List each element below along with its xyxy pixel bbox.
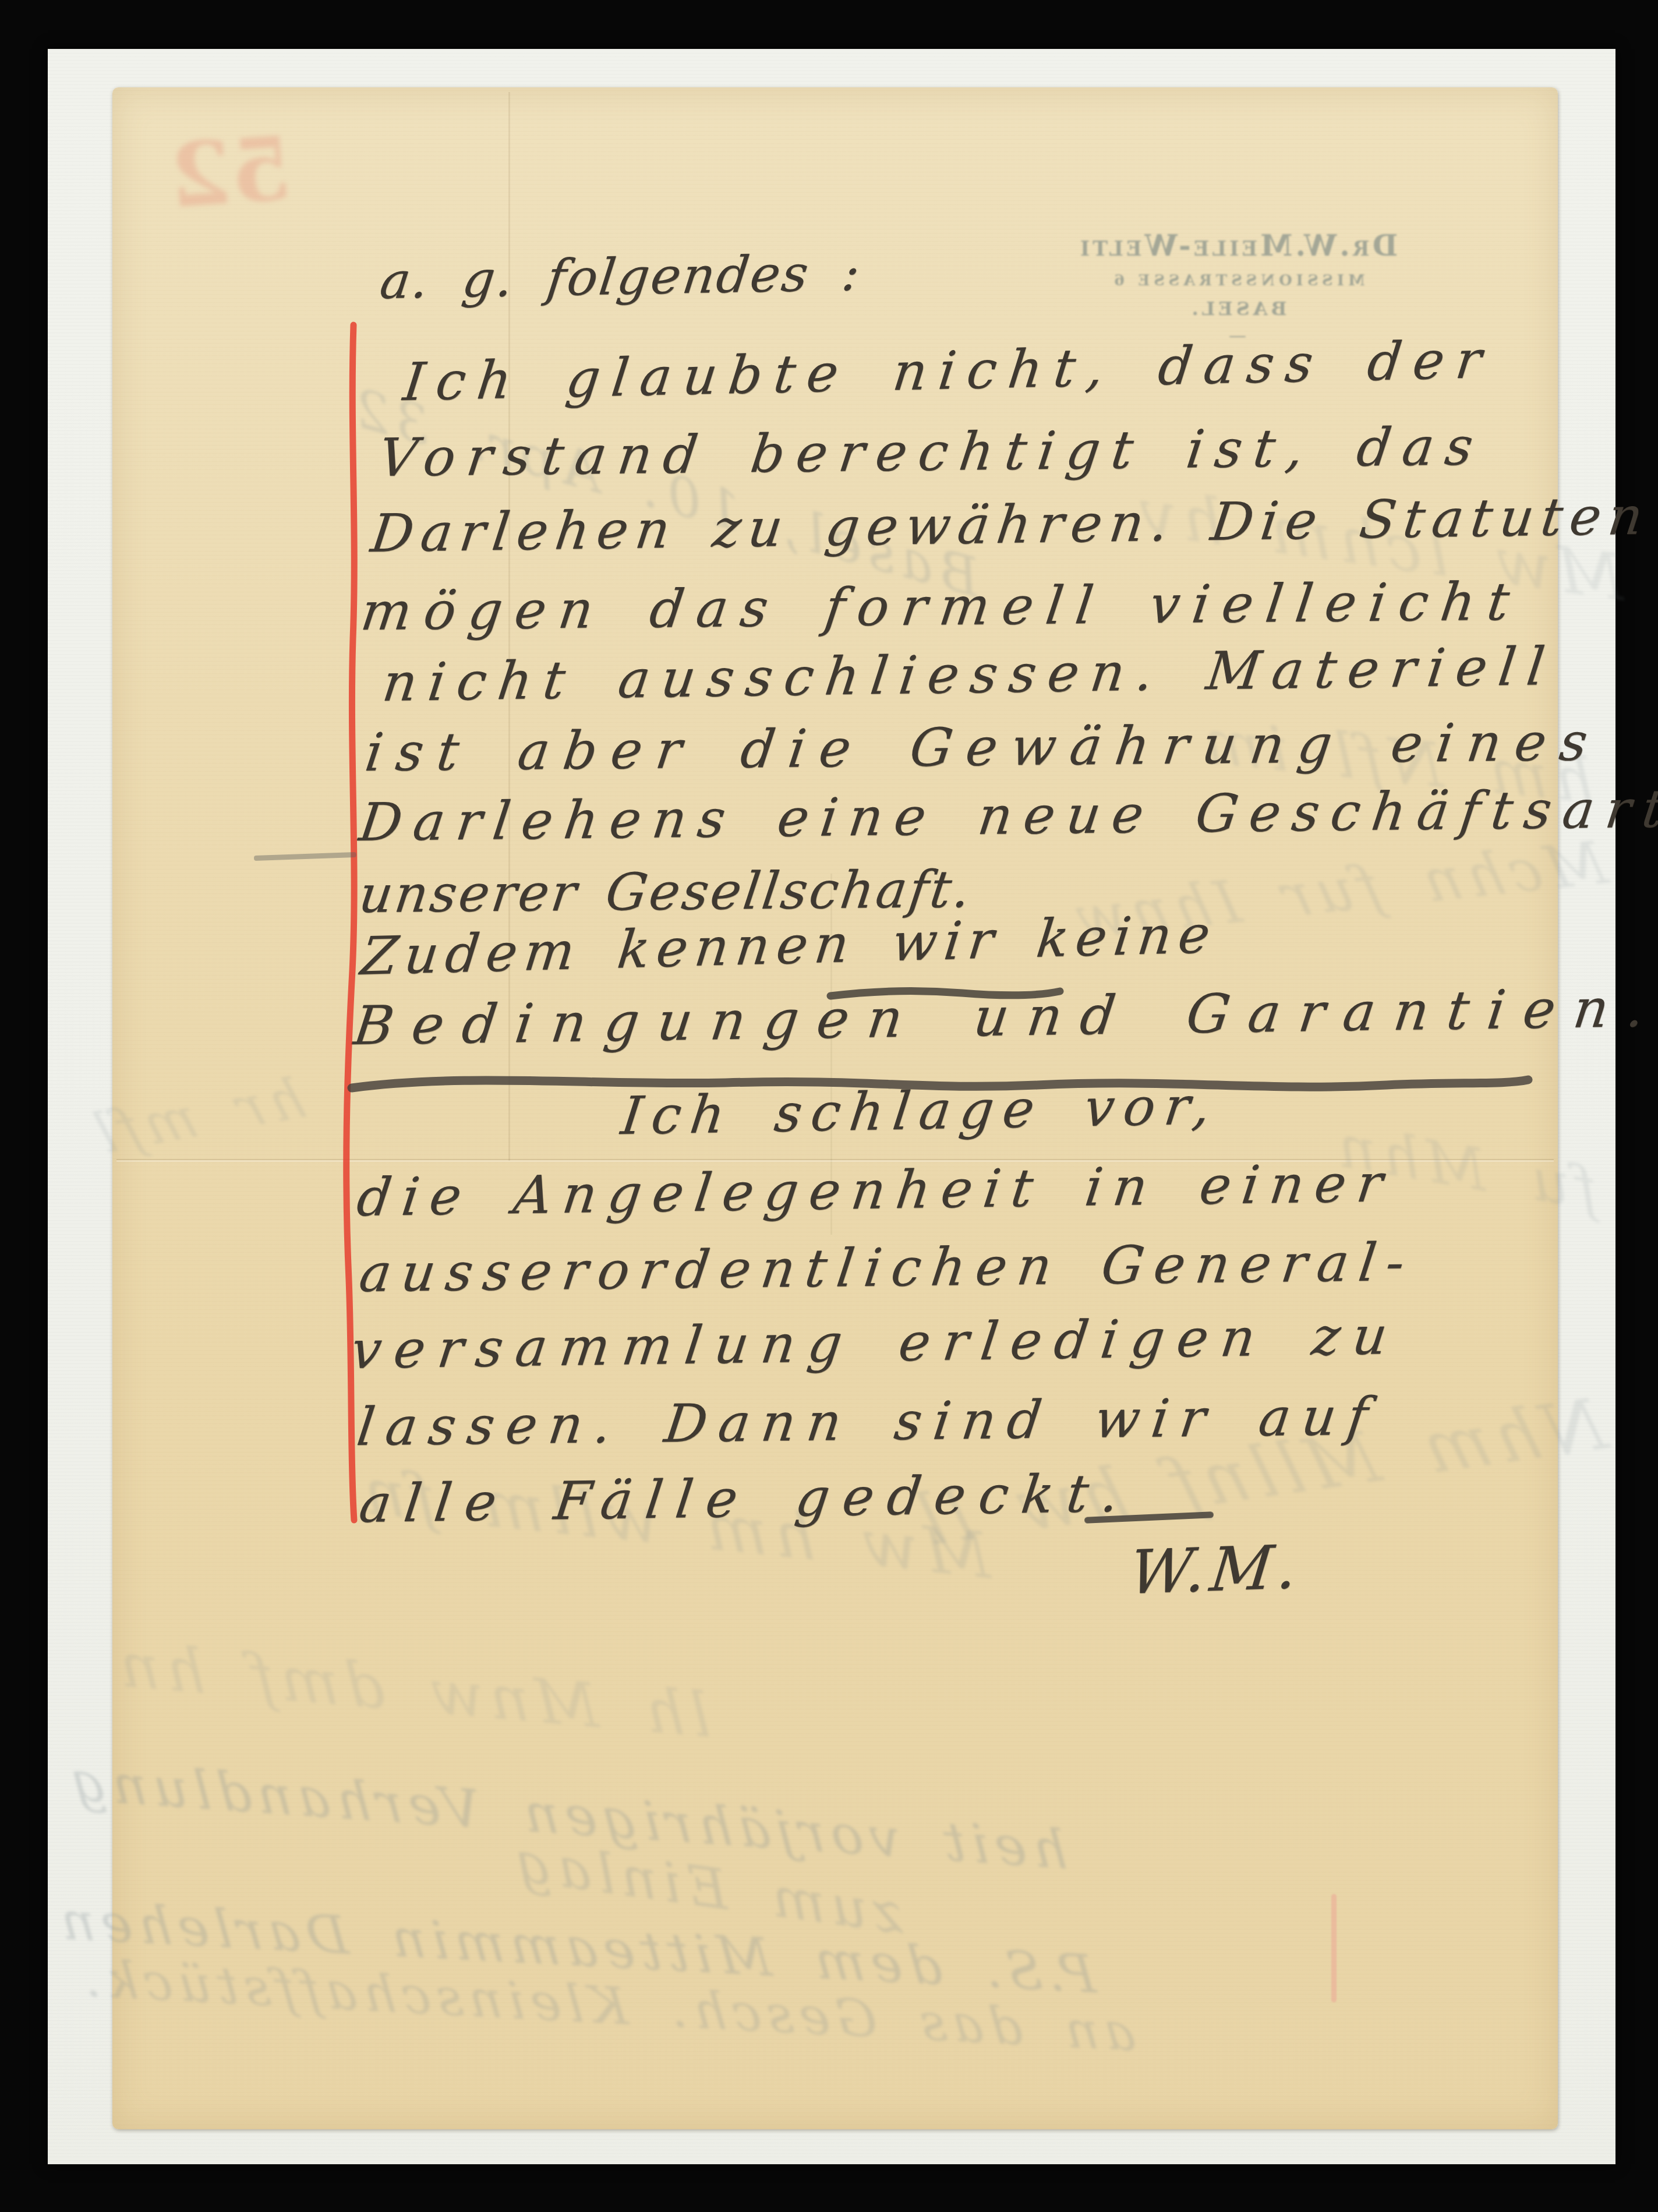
handwriting-line: mögen das formell vielleicht xyxy=(358,576,1525,638)
handwriting-line: Darlehens eine neue Geschäftsart xyxy=(356,783,1658,849)
letterhead-street: MISSIONSSTRASSE 6 xyxy=(1072,272,1404,289)
ink-underline-keine xyxy=(827,985,1066,1003)
letterhead-city: BASEL. xyxy=(1072,298,1404,320)
handwriting-line: ist aber die Gewährung eines xyxy=(362,716,1604,779)
letterhead-name: Dr.W.Meile-Welti xyxy=(1072,228,1404,263)
handwriting-line: alle Fälle gedeckt. xyxy=(356,1468,1135,1531)
handwriting-line: ausserordentlichen General- xyxy=(356,1236,1418,1300)
signature: W.M. xyxy=(1127,1536,1305,1603)
red-margin-line xyxy=(340,321,369,1527)
handwriting-line: lassen. Dann sind wir auf xyxy=(354,1391,1382,1454)
handwriting-line: nicht ausschliessen. Materiell xyxy=(380,641,1559,709)
handwriting-line: a. g. folgendes : xyxy=(377,248,864,306)
handwriting-line: unserer Gesellschaft. xyxy=(356,864,975,920)
ink-underline-garantien xyxy=(347,1067,1535,1100)
handwriting-line: die Angelegenheit in einer xyxy=(354,1157,1397,1224)
handwriting-line: versammlung erledigen zu xyxy=(348,1310,1403,1377)
red-mark-bleedthrough xyxy=(1331,1894,1337,2002)
handwriting-line: Vorstand berechtigt ist, das xyxy=(376,421,1487,485)
red-stamp-bleedthrough: 52 xyxy=(167,117,295,228)
letterhead-bleedthrough: Dr.W.Meile-Welti MISSIONSSTRASSE 6 BASEL… xyxy=(1072,228,1404,346)
